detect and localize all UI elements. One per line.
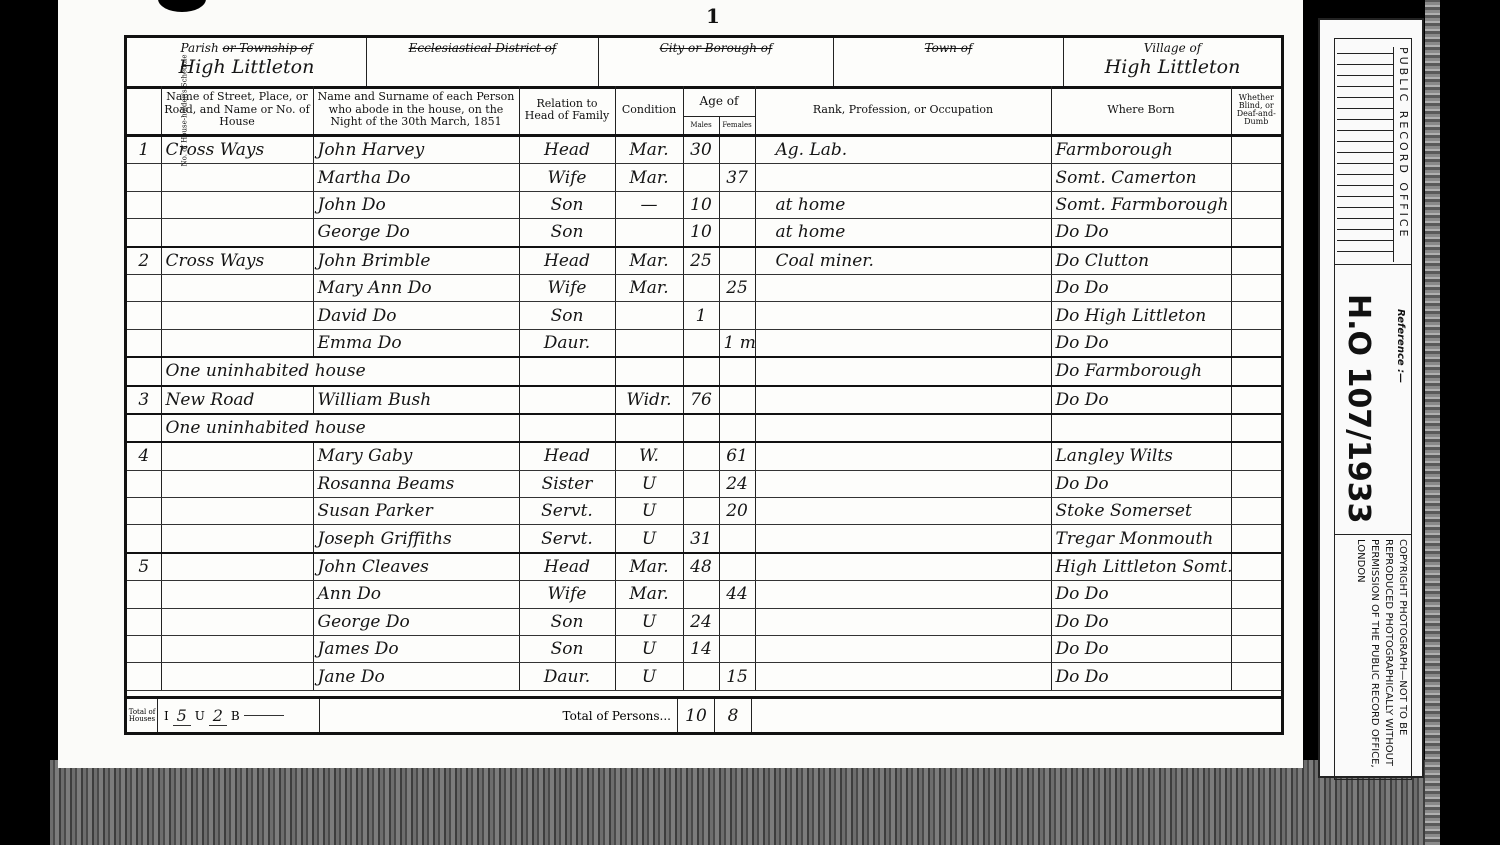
male-age-cell: 1	[683, 302, 719, 329]
female-age-cell: 25	[719, 274, 755, 301]
where-born-cell	[1051, 414, 1231, 442]
male-age-cell: 48	[683, 553, 719, 581]
occupation-cell	[755, 608, 1051, 635]
condition-cell: Mar.	[615, 274, 683, 301]
occupation-cell	[755, 442, 1051, 470]
where-born-cell: Do Do	[1051, 581, 1231, 608]
male-age-cell	[683, 498, 719, 525]
female-age-cell: 37	[719, 164, 755, 191]
male-age-cell: 30	[683, 136, 719, 164]
schedule-no-cell	[127, 357, 161, 385]
where-born-cell: Somt. Camerton	[1051, 164, 1231, 191]
condition-cell: Mar.	[615, 553, 683, 581]
person-name-cell: Mary Ann Do	[313, 274, 519, 301]
male-age-cell: 24	[683, 608, 719, 635]
female-age-cell	[719, 386, 755, 414]
person-name-cell: John Cleaves	[313, 553, 519, 581]
building-prefix: B	[231, 709, 240, 723]
condition-cell	[615, 329, 683, 357]
person-name-cell: Emma Do	[313, 329, 519, 357]
relation-cell: Head	[519, 442, 615, 470]
street-cell	[161, 191, 313, 218]
table-row: 4Mary GabyHeadW.61Langley Wilts	[127, 442, 1281, 470]
schedule-no-cell	[127, 608, 161, 635]
where-born-cell: Do Do	[1051, 470, 1231, 497]
col-relation: Relation to Head of Family	[519, 86, 615, 136]
street-cell	[161, 663, 313, 690]
occupation-cell	[755, 470, 1051, 497]
person-name-cell: John Do	[313, 191, 519, 218]
table-row: 1Cross WaysJohn HarveyHeadMar.30Ag. Lab.…	[127, 136, 1281, 164]
relation-cell	[519, 357, 615, 385]
table-row: Joseph GriffithsServt.U31Tregar Monmouth	[127, 525, 1281, 553]
city-borough-cell: City or Borough of	[599, 38, 834, 86]
male-age-cell	[683, 470, 719, 497]
scan-border-left	[0, 0, 55, 845]
person-name-cell: Susan Parker	[313, 498, 519, 525]
person-name-cell: Ann Do	[313, 581, 519, 608]
village-value: High Littleton	[1064, 56, 1281, 78]
relation-cell: Sister	[519, 470, 615, 497]
condition-cell: W.	[615, 442, 683, 470]
schedule-no-cell	[127, 525, 161, 553]
female-age-cell	[719, 553, 755, 581]
occupation-cell	[755, 164, 1051, 191]
relation-cell	[519, 414, 615, 442]
blind-deaf-cell	[1231, 164, 1281, 191]
where-born-cell: Do Do	[1051, 608, 1231, 635]
street-cell	[161, 498, 313, 525]
condition-cell	[615, 302, 683, 329]
total-males: 10	[678, 699, 715, 732]
page-number: 1	[706, 4, 720, 28]
condition-cell: Widr.	[615, 386, 683, 414]
relation-cell: Daur.	[519, 663, 615, 690]
street-cell	[161, 164, 313, 191]
blind-deaf-cell	[1231, 247, 1281, 275]
blind-deaf-cell	[1231, 386, 1281, 414]
blind-deaf-cell	[1231, 663, 1281, 690]
female-age-cell: 61	[719, 442, 755, 470]
table-row: Emma DoDaur.1 moDo Do	[127, 329, 1281, 357]
male-age-cell	[683, 414, 719, 442]
age-of-label: Age of	[684, 86, 755, 117]
census-table: No. of House-holder's Schedule Name of S…	[127, 86, 1281, 691]
occupation-cell	[755, 498, 1051, 525]
condition-cell	[615, 357, 683, 385]
table-row: David DoSon1Do High Littleton	[127, 302, 1281, 329]
blind-deaf-cell	[1231, 302, 1281, 329]
relation-cell: Head	[519, 136, 615, 164]
table-row: James DoSonU14Do Do	[127, 636, 1281, 663]
where-born-cell: Do Do	[1051, 663, 1231, 690]
person-name-cell: John Harvey	[313, 136, 519, 164]
occupation-cell: Coal miner.	[755, 247, 1051, 275]
where-born-cell: Stoke Somerset	[1051, 498, 1231, 525]
blind-deaf-cell	[1231, 498, 1281, 525]
occupation-cell	[755, 329, 1051, 357]
table-row: Rosanna BeamsSisterU24Do Do	[127, 470, 1281, 497]
blind-deaf-cell	[1231, 442, 1281, 470]
schedule-no-cell	[127, 302, 161, 329]
person-name-cell: Mary Gaby	[313, 442, 519, 470]
schedule-no-cell	[127, 663, 161, 690]
person-name-cell: George Do	[313, 608, 519, 635]
blind-deaf-cell	[1231, 357, 1281, 385]
copyright-notice: COPYRIGHT PHOTOGRAPH—NOT TO BE REPRODUCE…	[1339, 539, 1409, 779]
female-age-cell	[719, 525, 755, 553]
col-where-born: Where Born	[1051, 86, 1231, 136]
city-borough-label: City or Borough of	[599, 41, 833, 55]
houses-totals: I5 U2 B	[158, 699, 320, 732]
schedule-no-cell: 2	[127, 247, 161, 275]
schedule-no-cell	[127, 414, 161, 442]
street-cell: New Road	[161, 386, 313, 414]
where-born-cell: Do Do	[1051, 274, 1231, 301]
female-age-cell: 24	[719, 470, 755, 497]
blind-deaf-cell	[1231, 329, 1281, 357]
blind-deaf-cell	[1231, 136, 1281, 164]
street-cell	[161, 329, 313, 357]
male-age-cell: 10	[683, 219, 719, 247]
occupation-cell	[755, 414, 1051, 442]
person-name-cell: Martha Do	[313, 164, 519, 191]
table-row: Ann DoWifeMar.44Do Do	[127, 581, 1281, 608]
where-born-cell: Langley Wilts	[1051, 442, 1231, 470]
totals-row: Total of Houses I5 U2 B Total of Persons…	[127, 696, 1281, 732]
where-born-cell: Do Farmborough	[1051, 357, 1231, 385]
reference-label: Reference :—	[1395, 309, 1406, 383]
col-females: Females	[720, 117, 755, 134]
scan-border-right	[1440, 0, 1500, 845]
schedule-no-cell	[127, 219, 161, 247]
relation-cell: Head	[519, 553, 615, 581]
where-born-cell: Somt. Farmborough	[1051, 191, 1231, 218]
col-schedule-no: No. of House-holder's Schedule	[127, 86, 161, 136]
female-age-cell	[719, 608, 755, 635]
table-row: Martha DoWifeMar.37Somt. Camerton	[127, 164, 1281, 191]
parish-label: Parish	[181, 41, 219, 55]
condition-cell: U	[615, 470, 683, 497]
occupation-cell	[755, 636, 1051, 663]
blind-deaf-cell	[1231, 581, 1281, 608]
col-blind-deaf: Whether Blind, or Deaf-and-Dumb	[1231, 86, 1281, 136]
archive-reference-label: PUBLIC RECORD OFFICE Reference :— H.O 10…	[1318, 18, 1424, 778]
blind-deaf-cell	[1231, 470, 1281, 497]
where-born-cell: Do Do	[1051, 636, 1231, 663]
blind-deaf-cell	[1231, 219, 1281, 247]
occupation-cell: Ag. Lab.	[755, 136, 1051, 164]
street-cell	[161, 525, 313, 553]
occupation-cell	[755, 525, 1051, 553]
village-cell: Village of High Littleton	[1064, 38, 1281, 86]
male-age-cell	[683, 164, 719, 191]
person-name-cell: George Do	[313, 219, 519, 247]
census-rows: 1Cross WaysJohn HarveyHeadMar.30Ag. Lab.…	[127, 136, 1281, 691]
table-row: George DoSon10at homeDo Do	[127, 219, 1281, 247]
condition-cell: Mar.	[615, 164, 683, 191]
relation-cell: Servt.	[519, 498, 615, 525]
male-age-cell	[683, 663, 719, 690]
inhabited-prefix: I	[164, 709, 169, 723]
total-females: 8	[715, 699, 752, 732]
parish-value: High Littleton	[127, 56, 366, 78]
table-row: Susan ParkerServt.U20Stoke Somerset	[127, 498, 1281, 525]
census-sheet: Parish or Township of High Littleton Ecc…	[124, 35, 1284, 735]
schedule-no-cell	[127, 581, 161, 608]
person-name-cell: Joseph Griffiths	[313, 525, 519, 553]
blind-deaf-cell	[1231, 525, 1281, 553]
occupation-cell	[755, 274, 1051, 301]
relation-cell: Son	[519, 191, 615, 218]
schedule-no-cell: 1	[127, 136, 161, 164]
female-age-cell: 20	[719, 498, 755, 525]
ecclesiastical-district-cell: Ecclesiastical District of	[367, 38, 599, 86]
female-age-cell	[719, 414, 755, 442]
office-name: PUBLIC RECORD OFFICE	[1397, 47, 1410, 240]
street-cell	[161, 581, 313, 608]
person-name-cell: Rosanna Beams	[313, 470, 519, 497]
table-row: Jane DoDaur.U15Do Do	[127, 663, 1281, 690]
town-cell: Town of	[834, 38, 1064, 86]
inhabited-count: 5	[173, 706, 191, 726]
ecclesiastical-district-label: Ecclesiastical District of	[367, 41, 598, 55]
col-name: Name and Surname of each Person who abod…	[313, 86, 519, 136]
occupation-cell: at home	[755, 191, 1051, 218]
condition-cell	[615, 414, 683, 442]
blind-deaf-cell	[1231, 274, 1281, 301]
relation-cell: Wife	[519, 164, 615, 191]
blind-deaf-cell	[1231, 414, 1281, 442]
female-age-cell	[719, 136, 755, 164]
relation-cell: Head	[519, 247, 615, 275]
where-born-cell: High Littleton Somt.	[1051, 553, 1231, 581]
street-cell: One uninhabited house	[161, 357, 519, 385]
street-cell	[161, 636, 313, 663]
relation-cell: Son	[519, 219, 615, 247]
condition-cell: U	[615, 498, 683, 525]
street-cell	[161, 608, 313, 635]
scan-background-bottom	[50, 760, 1450, 845]
female-age-cell	[719, 219, 755, 247]
street-cell	[161, 302, 313, 329]
where-born-cell: Tregar Monmouth	[1051, 525, 1231, 553]
condition-cell: Mar.	[615, 581, 683, 608]
occupation-cell	[755, 302, 1051, 329]
condition-cell: U	[615, 636, 683, 663]
col-occupation: Rank, Profession, or Occupation	[755, 86, 1051, 136]
occupation-cell	[755, 581, 1051, 608]
relation-cell: Daur.	[519, 329, 615, 357]
blind-deaf-cell	[1231, 553, 1281, 581]
relation-cell	[519, 386, 615, 414]
occupation-cell	[755, 357, 1051, 385]
sheet-header: Parish or Township of High Littleton Ecc…	[127, 38, 1281, 89]
schedule-no-cell	[127, 191, 161, 218]
occupation-cell	[755, 663, 1051, 690]
table-row: One uninhabited houseDo Farmborough	[127, 357, 1281, 385]
where-born-cell: Do Do	[1051, 386, 1231, 414]
male-age-cell: 10	[683, 191, 719, 218]
table-row: One uninhabited house	[127, 414, 1281, 442]
male-age-cell	[683, 274, 719, 301]
relation-cell: Wife	[519, 274, 615, 301]
blind-deaf-cell	[1231, 608, 1281, 635]
male-age-cell: 76	[683, 386, 719, 414]
female-age-cell: 44	[719, 581, 755, 608]
relation-cell: Son	[519, 302, 615, 329]
condition-cell: Mar.	[615, 136, 683, 164]
relation-cell: Wife	[519, 581, 615, 608]
male-age-cell	[683, 581, 719, 608]
condition-cell: —	[615, 191, 683, 218]
parish-cell: Parish or Township of High Littleton	[127, 38, 367, 86]
schedule-no-cell	[127, 329, 161, 357]
street-cell	[161, 442, 313, 470]
person-name-cell: James Do	[313, 636, 519, 663]
male-age-cell	[683, 329, 719, 357]
building-count	[244, 715, 284, 716]
col-males: Males	[684, 117, 720, 134]
male-age-cell	[683, 357, 719, 385]
schedule-no-cell	[127, 470, 161, 497]
female-age-cell: 15	[719, 663, 755, 690]
condition-cell: U	[615, 663, 683, 690]
schedule-no-cell: 4	[127, 442, 161, 470]
male-age-cell: 25	[683, 247, 719, 275]
where-born-cell: Do Do	[1051, 219, 1231, 247]
street-cell	[161, 553, 313, 581]
where-born-cell: Farmborough	[1051, 136, 1231, 164]
table-row: 5John CleavesHeadMar.48High Littleton So…	[127, 553, 1281, 581]
relation-cell: Son	[519, 608, 615, 635]
table-row: Mary Ann DoWifeMar.25Do Do	[127, 274, 1281, 301]
schedule-no-cell: 5	[127, 553, 161, 581]
schedule-no-cell	[127, 498, 161, 525]
col-condition: Condition	[615, 86, 683, 136]
totals-blank	[752, 699, 1281, 732]
relation-cell: Son	[519, 636, 615, 663]
where-born-cell: Do Do	[1051, 329, 1231, 357]
condition-cell	[615, 219, 683, 247]
female-age-cell	[719, 247, 755, 275]
condition-cell: U	[615, 608, 683, 635]
town-label: Town of	[834, 41, 1063, 55]
village-label: Village of	[1064, 41, 1281, 55]
table-row: George DoSonU24Do Do	[127, 608, 1281, 635]
street-cell	[161, 274, 313, 301]
schedule-no-cell: 3	[127, 386, 161, 414]
blind-deaf-cell	[1231, 636, 1281, 663]
male-age-cell: 14	[683, 636, 719, 663]
occupation-cell	[755, 386, 1051, 414]
schedule-no-cell	[127, 636, 161, 663]
total-houses-label: Total of Houses	[127, 699, 158, 732]
condition-cell: Mar.	[615, 247, 683, 275]
occupation-cell	[755, 553, 1051, 581]
occupation-cell: at home	[755, 219, 1051, 247]
female-age-cell	[719, 191, 755, 218]
total-persons-label: Total of Persons...	[320, 699, 678, 732]
table-row: John DoSon—10at homeSomt. Farmborough	[127, 191, 1281, 218]
reference-number: H.O 107/1933	[1341, 294, 1376, 524]
schedule-no-cell	[127, 164, 161, 191]
female-age-cell: 1 mo	[719, 329, 755, 357]
col-age: Age of MalesFemales	[683, 86, 755, 136]
person-name-cell: Jane Do	[313, 663, 519, 690]
table-row: 3New RoadWilliam BushWidr.76Do Do	[127, 386, 1281, 414]
uninhabited-prefix: U	[195, 709, 205, 723]
table-row: 2Cross WaysJohn BrimbleHeadMar.25Coal mi…	[127, 247, 1281, 275]
person-name-cell: William Bush	[313, 386, 519, 414]
relation-cell: Servt.	[519, 525, 615, 553]
ink-blot	[158, 0, 206, 12]
street-cell: One uninhabited house	[161, 414, 519, 442]
blind-deaf-cell	[1231, 191, 1281, 218]
street-cell: Cross Ways	[161, 247, 313, 275]
male-age-cell: 31	[683, 525, 719, 553]
uninhabited-count: 2	[209, 706, 227, 726]
person-name-cell: David Do	[313, 302, 519, 329]
where-born-cell: Do Clutton	[1051, 247, 1231, 275]
street-cell	[161, 470, 313, 497]
condition-cell: U	[615, 525, 683, 553]
schedule-no-cell	[127, 274, 161, 301]
township-label-struck: or Township of	[223, 41, 313, 55]
scale-ruler	[1337, 47, 1394, 262]
person-name-cell: John Brimble	[313, 247, 519, 275]
street-cell	[161, 219, 313, 247]
female-age-cell	[719, 302, 755, 329]
female-age-cell	[719, 357, 755, 385]
column-headers: No. of House-holder's Schedule Name of S…	[127, 86, 1281, 136]
male-age-cell	[683, 442, 719, 470]
female-age-cell	[719, 636, 755, 663]
where-born-cell: Do High Littleton	[1051, 302, 1231, 329]
